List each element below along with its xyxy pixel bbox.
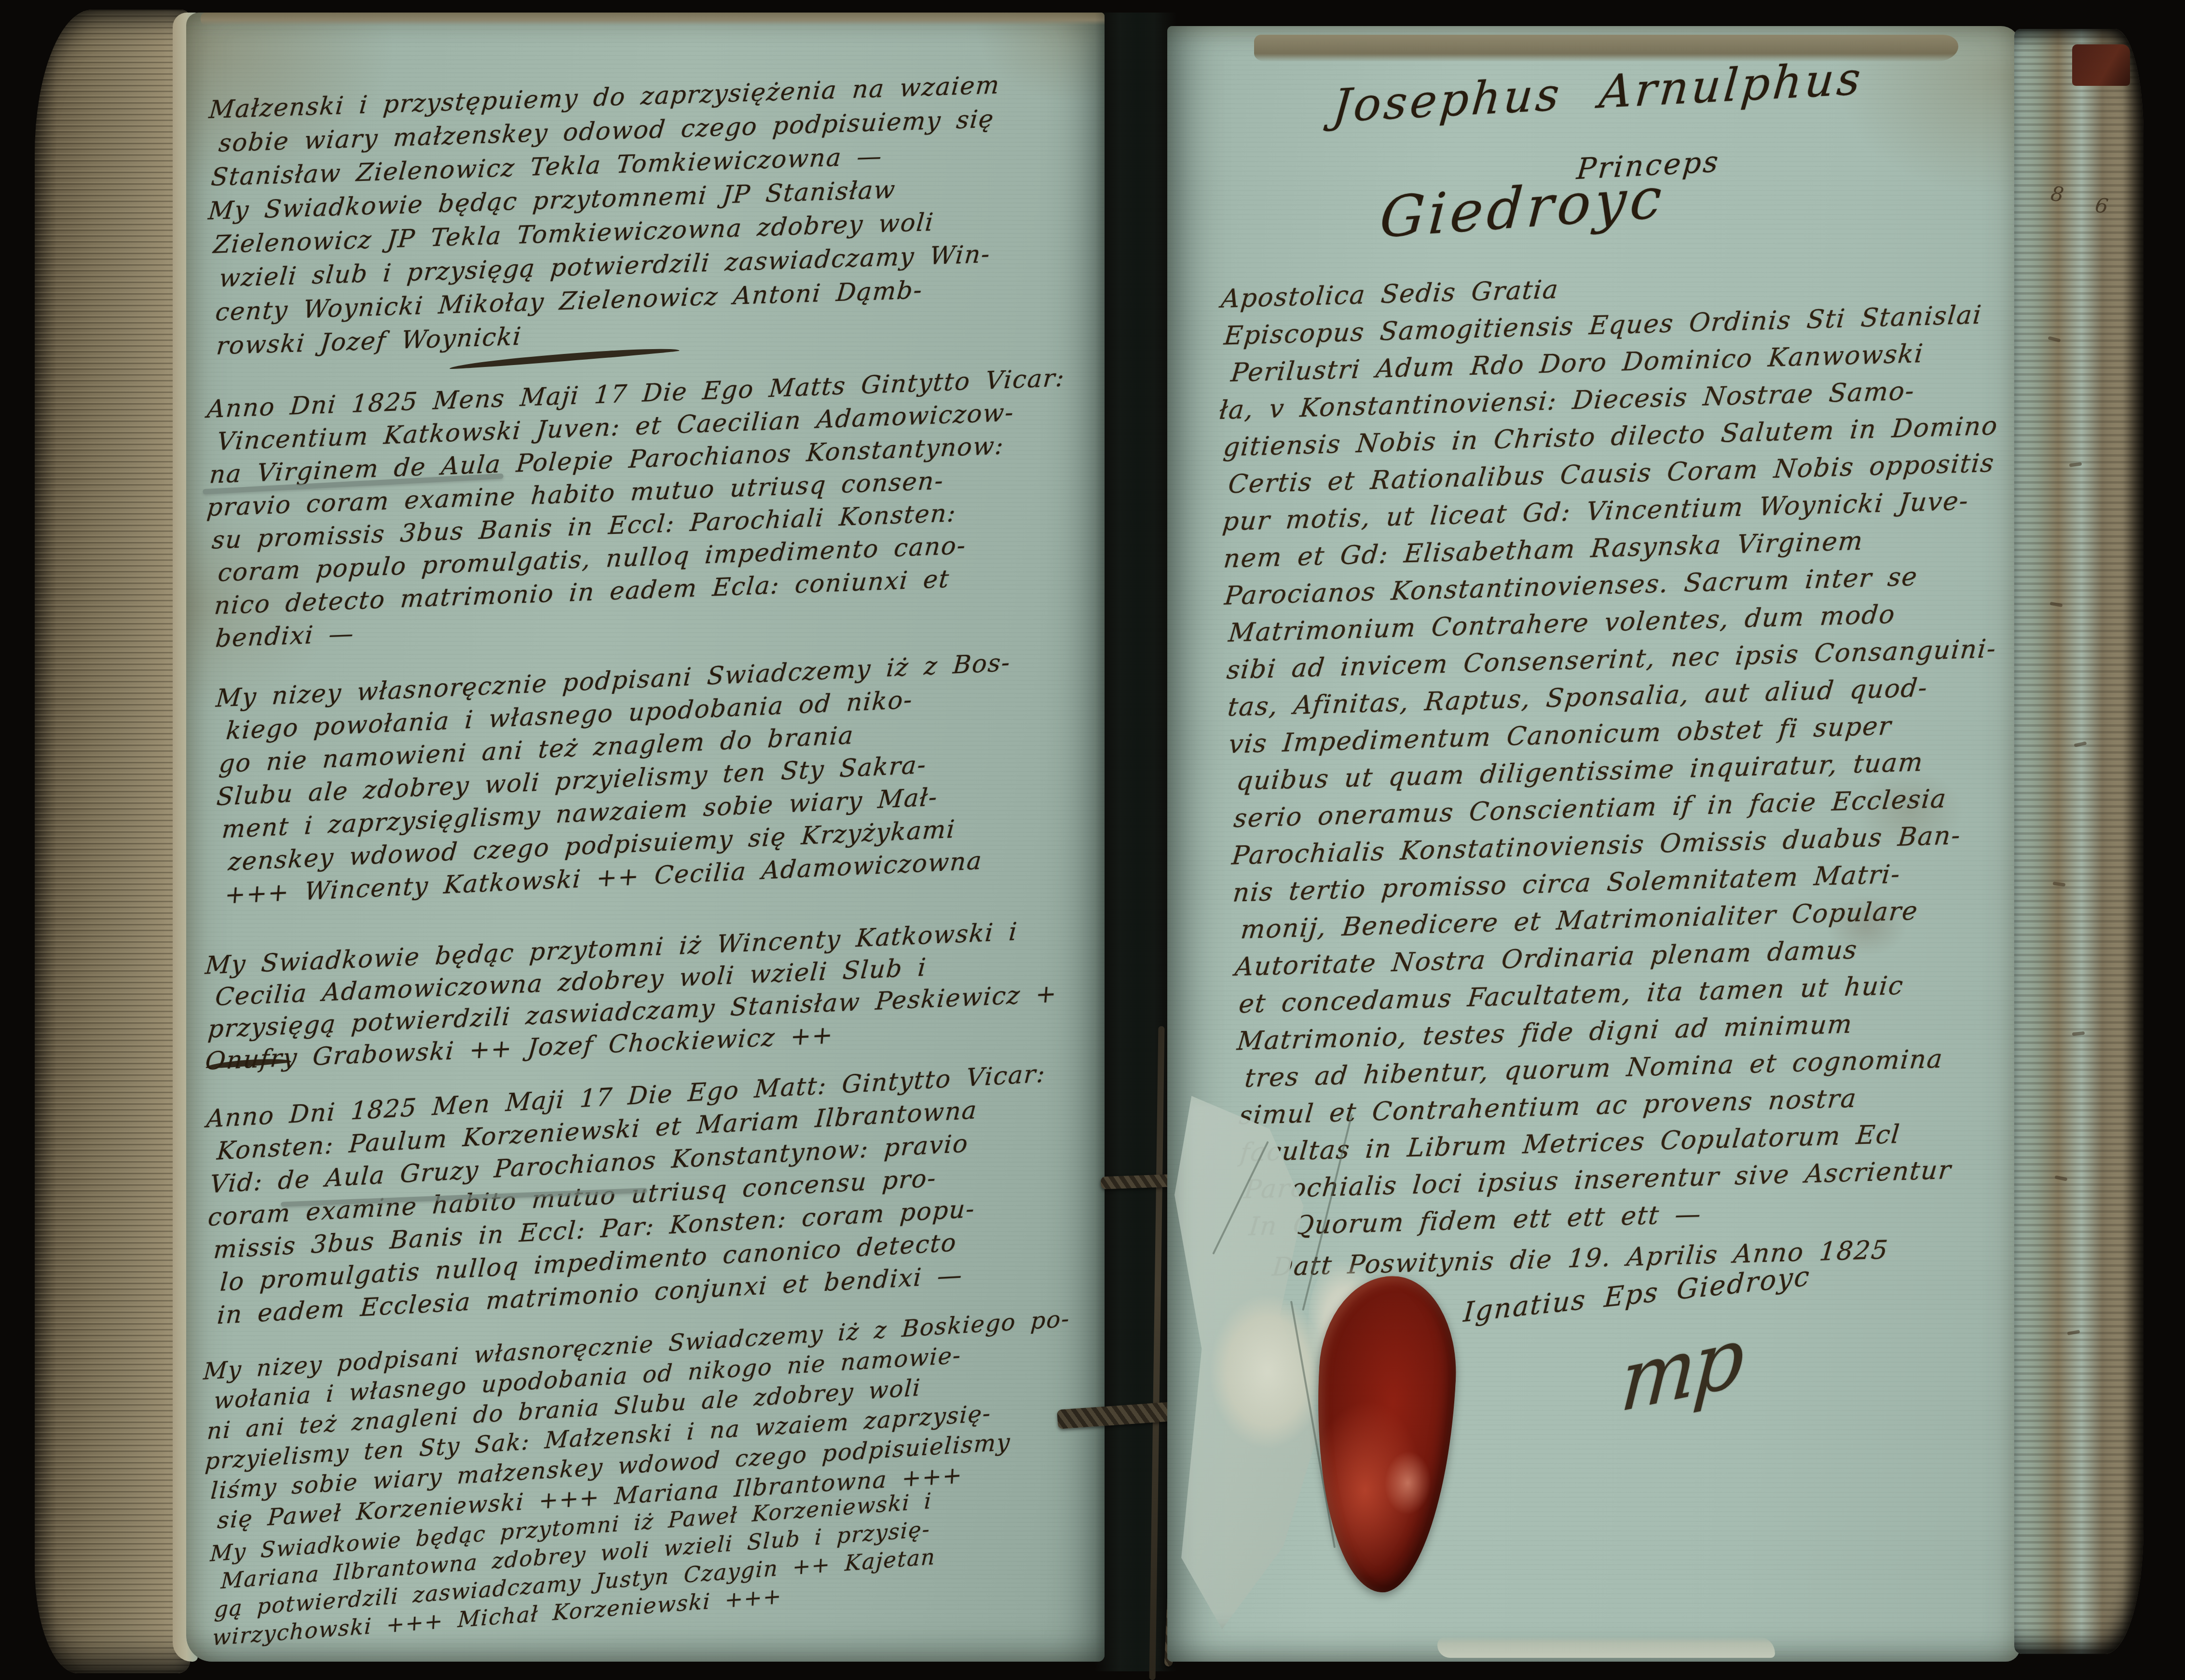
left-page-stack-edge — [35, 10, 190, 1673]
left-page-block-6: My nizey podpisani własnoręcznie Swiadcz… — [201, 1304, 1079, 1536]
right-page-torn-bottom-edge — [1437, 1637, 1775, 1658]
signature-paraph: mp — [1618, 1308, 1745, 1431]
right-page: Josephus Arnulphus Princeps Giedroyc Apo… — [1167, 26, 2020, 1662]
right-page-stack-edge — [2014, 29, 2144, 1654]
wax-seal-highlight — [1383, 1450, 1433, 1516]
heading-giedroyc: Giedroyc — [1378, 165, 1667, 251]
left-page-block-2: Anno Dni 1825 Mens Maji 17 Die Ego Matts… — [205, 362, 1072, 656]
manuscript-book-scan: Małzenski i przystępuiemy do zaprzysięże… — [0, 0, 2185, 1680]
spine-leather-sliver — [2072, 44, 2130, 86]
red-wax-seal — [1308, 1273, 1461, 1596]
left-page-block-3: My nizey własnoręcznie podpisani Swiadcz… — [213, 647, 1018, 912]
left-page-block-5: Anno Dni 1825 Men Maji 17 Die Ego Matt: … — [204, 1058, 1055, 1333]
left-page-top-edge — [201, 13, 1105, 25]
left-page: Małzenski i przystępuiemy do zaprzysięże… — [186, 13, 1105, 1662]
left-page-block-4: My Swiadkowie będąc przytomni iż Wincent… — [203, 915, 1057, 1078]
right-page-body: Apostolica Sedis GratiaEpiscopus Samogit… — [1214, 259, 2019, 1287]
heading-josephus-arnulphus: Josephus Arnulphus — [1330, 52, 1865, 133]
left-page-block-1: Małzenski i przystępuiemy do zaprzysięże… — [206, 68, 1006, 363]
